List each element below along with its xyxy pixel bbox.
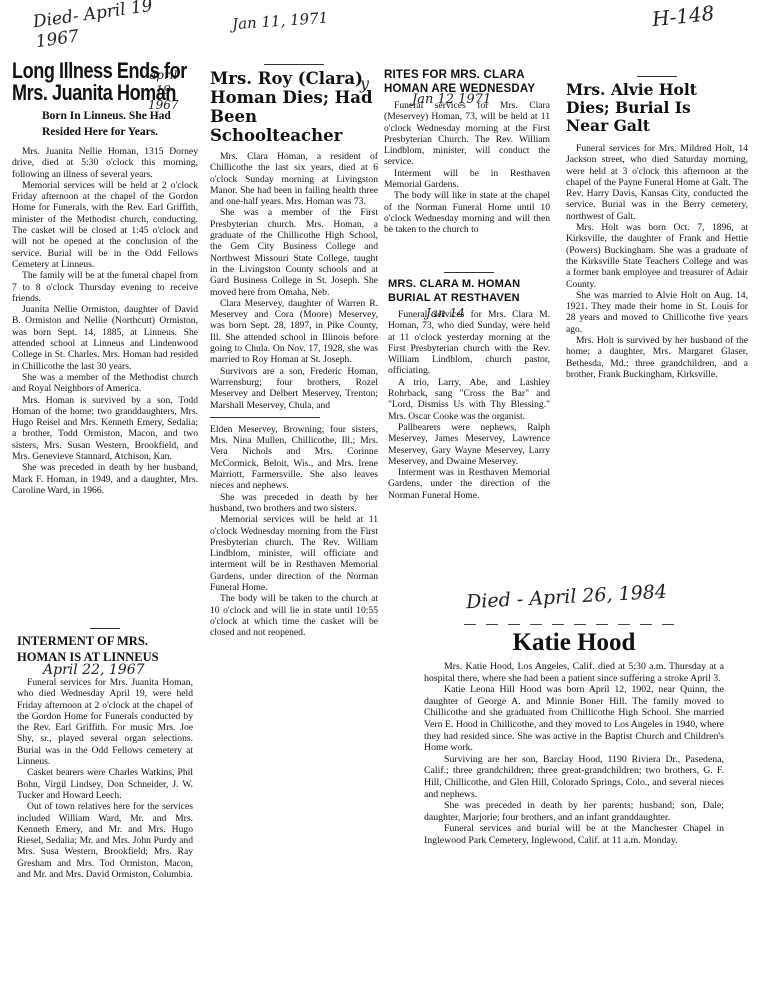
article-body-continued: Elden Meservey, Browning; four sisters, … — [210, 424, 378, 639]
obituary-mildred-holt: Mrs. Alvie Holt Dies; Burial Is Near Gal… — [566, 76, 748, 380]
paragraph: Mrs. Katie Hood, Los Angeles, Calif. die… — [424, 661, 724, 684]
headline-line: Near Galt — [566, 117, 748, 135]
handwritten-reference-number: H-148 — [651, 1, 716, 31]
article-body: Funeral services for Mrs. Mildred Holt, … — [566, 143, 748, 380]
headline-line: Mrs. Alvie Holt — [566, 81, 748, 99]
paragraph: She was a member of the First Presbyteri… — [210, 207, 378, 297]
article-body: Funeral services for Mrs. Clara (Meserve… — [384, 100, 550, 236]
paragraph: Funeral services and burial will be at t… — [424, 823, 724, 846]
obituary-clara-homan: Mrs. Roy (Clara) Homan Dies; Had Been Sc… — [210, 64, 378, 638]
paragraph: Funeral services for Mrs. Clara (Meserve… — [384, 100, 550, 168]
paragraph: Survivors are a son, Frederic Homan, War… — [210, 366, 378, 411]
paragraph: She was a member of the Methodist church… — [12, 372, 198, 395]
headline-line: Dies; Burial Is — [566, 99, 748, 117]
obituary-interment-homan: INTERMENT OF MRS. HOMAN IS AT LINNEUS Ap… — [17, 628, 193, 880]
subheadline-line: Resided Here for Years. — [42, 124, 198, 140]
headline-line: RITES FOR MRS. CLARA — [384, 68, 550, 82]
paragraph: A trio, Larry, Abe, and Lashley Rohrback… — [388, 377, 550, 422]
paragraph: She was preceded in death by her husband… — [12, 462, 198, 496]
paragraph: The body will be taken to the church at … — [210, 593, 378, 638]
headline: INTERMENT OF MRS. HOMAN IS AT LINNEUS — [17, 633, 193, 665]
handwritten-rites-date: Jan 12 1971 — [412, 92, 491, 107]
handwritten-katie-died-date: Died - April 26, 1984 — [466, 581, 668, 613]
divider — [90, 628, 120, 629]
headline-line: INTERMENT OF MRS. — [17, 633, 193, 649]
obituary-rites-clara-homan: RITES FOR MRS. CLARA HOMAN ARE WEDNESDAY… — [384, 68, 550, 236]
paragraph: Interment will be in Resthaven Memorial … — [384, 168, 550, 191]
article-body: Mrs. Katie Hood, Los Angeles, Calif. die… — [424, 661, 724, 847]
headline-line: Homan Dies; Had — [210, 88, 378, 107]
headline: MRS. CLARA M. HOMAN BURIAL AT RESTHAVEN — [388, 277, 550, 305]
paragraph: Funeral services for Mrs. Clara M. Homan… — [388, 309, 550, 377]
headline-line: BURIAL AT RESTHAVEN — [388, 291, 550, 305]
paragraph: Mrs. Holt was born Oct. 7, 1896, at Kirk… — [566, 222, 748, 290]
divider — [264, 64, 324, 65]
paragraph: Juanita Nellie Ormiston, daughter of Dav… — [12, 304, 198, 372]
paragraph: Mrs. Clara Homan, a resident of Chillico… — [210, 151, 378, 207]
headline: Mrs. Roy (Clara) Homan Dies; Had Been Sc… — [210, 69, 378, 145]
handwritten-interment-date: April 22, 1967 — [43, 663, 193, 677]
paragraph: She was married to Alvie Holt on Aug. 14… — [566, 290, 748, 335]
paragraph: She was preceded in death by her parents… — [424, 800, 724, 823]
paragraph: Memorial services will be held at 11 o'c… — [210, 514, 378, 593]
paragraph: Funeral services for Mrs. Juanita Homan,… — [17, 677, 193, 767]
paragraph: Casket bearers were Charles Watkins, Phi… — [17, 767, 193, 801]
obituary-clara-homan-burial: MRS. CLARA M. HOMAN BURIAL AT RESTHAVEN … — [388, 272, 550, 501]
handwritten-died-date: Died- April 19 1967 — [32, 0, 157, 52]
headline: Long Illness Ends for Mrs. Juanita Homan — [12, 60, 165, 104]
paragraph: Mrs. Juanita Nellie Homan, 1315 Dorney d… — [12, 146, 198, 180]
handwritten-burial-date: Jan 14 — [426, 306, 465, 320]
headline-line: Been Schoolteacher — [210, 107, 378, 145]
obituary-juanita-homan: Long Illness Ends for Mrs. Juanita Homan… — [12, 60, 198, 496]
paragraph: The family will be at the funeral chapel… — [12, 270, 198, 304]
paragraph: Clara Meservey, daughter of Warren R. Me… — [210, 298, 378, 366]
paragraph: Pallbearers were nephews, Ralph Meservey… — [388, 422, 550, 467]
headline: Mrs. Alvie Holt Dies; Burial Is Near Gal… — [566, 81, 748, 135]
paragraph: Mrs. Holt is survived by her husband of … — [566, 335, 748, 380]
divider — [444, 272, 494, 273]
paragraph: Memorial services will be held at 2 o'cl… — [12, 180, 198, 270]
divider — [464, 624, 684, 625]
article-body: Mrs. Juanita Nellie Homan, 1315 Dorney d… — [12, 146, 198, 496]
paragraph: Funeral services for Mrs. Mildred Holt, … — [566, 143, 748, 222]
subheadline-line: Born In Linneus. She Had — [42, 108, 198, 124]
headline-line: Mrs. Juanita Homan — [12, 82, 165, 104]
paragraph: She was preceded in death by her husband… — [210, 492, 378, 515]
paragraph: Surviving are her son, Barclay Hood, 119… — [424, 754, 724, 800]
subheadline: Born In Linneus. She Had Resided Here fo… — [12, 108, 198, 140]
paragraph: Mrs. Homan is survived by a son, Todd Ho… — [12, 395, 198, 463]
paragraph: The body will like in state at the chape… — [384, 190, 550, 235]
headline-line: Mrs. Roy (Clara) — [210, 69, 378, 88]
headline-line: Long Illness Ends for — [12, 60, 165, 82]
article-body: Funeral services for Mrs. Juanita Homan,… — [17, 677, 193, 880]
article-body: Mrs. Clara Homan, a resident of Chillico… — [210, 151, 378, 411]
paragraph: Interment was in Resthaven Memorial Gard… — [388, 467, 550, 501]
obituary-katie-hood: Katie Hood Mrs. Katie Hood, Los Angeles,… — [424, 624, 724, 847]
headline-line: MRS. CLARA M. HOMAN — [388, 277, 550, 291]
handwritten-clipping-date: Jan 11, 1971 — [231, 9, 328, 34]
divider — [210, 417, 320, 418]
article-body: Funeral services for Mrs. Clara M. Homan… — [388, 309, 550, 501]
paragraph: Out of town relatives here for the servi… — [17, 801, 193, 880]
paragraph: Elden Meservey, Browning; four sisters, … — [210, 424, 378, 492]
headline: Katie Hood — [424, 629, 724, 657]
divider — [637, 76, 677, 77]
paragraph: Katie Leona Hill Hood was born April 12,… — [424, 684, 724, 754]
